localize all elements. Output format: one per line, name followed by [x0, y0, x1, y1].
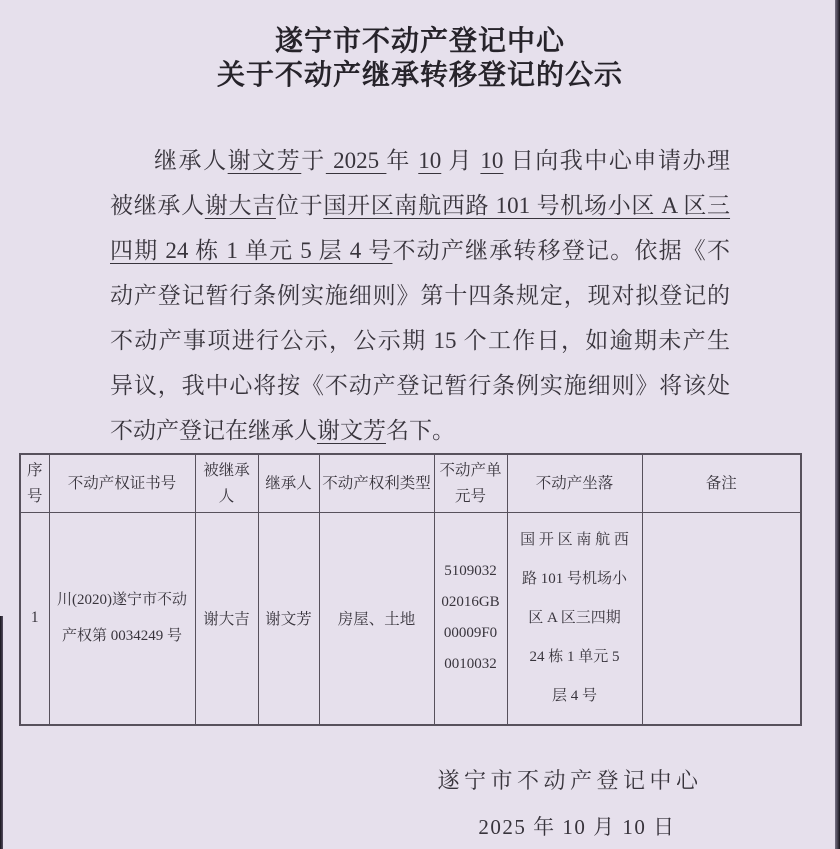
signature-date: 2025 年 10 月 10 日 [304, 811, 840, 841]
underlined-day: 10 [480, 148, 503, 173]
header-location: 不动产坐落 [507, 454, 642, 513]
cell-certificate-number: 川(2020)遂宁市不动 产权第 0034249 号 [49, 513, 195, 725]
header-right-type: 不动产权利类型 [319, 454, 434, 513]
underlined-decedent-name: 谢大吉 [205, 193, 276, 218]
body-line-6: 异议，我中心将按《不动产登记暂行条例实施细则》将该处 [110, 363, 730, 408]
underlined-heir-name: 谢文芳 [317, 418, 386, 443]
underlined-address: 国开区南航西路 101 号机场小区 A 区三 [323, 193, 730, 218]
header-unit-number: 不动产单 元号 [434, 454, 507, 513]
underlined-year: 2025 [326, 148, 387, 173]
cell-serial-number: 1 [20, 513, 49, 725]
cell-right-type: 房屋、土地 [319, 513, 434, 725]
header-remarks: 备注 [642, 454, 801, 513]
registration-table: 序 号 不动产权证书号 被继承人 继承人 不动产权利类型 不动产单 元号 不动产… [19, 453, 802, 726]
underlined-address-continued: 四期 24 栋 1 单元 5 层 4 号 [110, 238, 392, 263]
text-segment: 位于 [276, 193, 323, 218]
text-segment: 日向我中心申请办理 [503, 148, 730, 173]
title-line-subject: 关于不动产继承转移登记的公示 [0, 58, 840, 92]
scan-edge-right [835, 0, 840, 849]
body-line-2: 被继承人谢大吉位于国开区南航西路 101 号机场小区 A 区三 [110, 183, 730, 228]
table-row: 1 川(2020)遂宁市不动 产权第 0034249 号 谢大吉 谢文芳 房屋、… [20, 513, 801, 725]
signature-org-name: 遂宁市不动产登记中心 [290, 764, 840, 795]
underlined-heir-name: 谢文芳 [228, 148, 302, 173]
cell-heir: 谢文芳 [258, 513, 319, 725]
cell-unit-number: 5109032 02016GB 00009F0 0010032 [434, 513, 507, 725]
document-title: 遂宁市不动产登记中心 关于不动产继承转移登记的公示 [0, 0, 840, 92]
notice-body: 继承人谢文芳于 2025 年 10 月 10 日向我中心申请办理 被继承人谢大吉… [110, 138, 730, 453]
signature-block: 遂宁市不动产登记中心 2025 年 10 月 10 日 [290, 764, 840, 841]
cell-location: 国 开 区 南 航 西 路 101 号机场小 区 A 区三四期 24 栋 1 单… [507, 513, 642, 725]
header-heir: 继承人 [258, 454, 319, 513]
body-line-4: 动产登记暂行条例实施细则》第十四条规定，现对拟登记的 [110, 273, 730, 318]
text-segment: 于 [301, 148, 326, 173]
text-segment: 不动产登记在继承人 [110, 418, 317, 443]
body-line-3: 四期 24 栋 1 单元 5 层 4 号不动产继承转移登记。依据《不 [110, 228, 730, 273]
body-line-5: 不动产事项进行公示，公示期 15 个工作日，如逾期未产生 [110, 318, 730, 363]
table-header-row: 序 号 不动产权证书号 被继承人 继承人 不动产权利类型 不动产单 元号 不动产… [20, 454, 801, 513]
header-certificate-number: 不动产权证书号 [49, 454, 195, 513]
text-segment: 继承人 [154, 148, 228, 173]
underlined-month: 10 [418, 148, 441, 173]
text-segment: 被继承人 [110, 193, 205, 218]
header-serial-number: 序 号 [20, 454, 49, 513]
text-segment: 年 [386, 148, 418, 173]
title-line-org: 遂宁市不动产登记中心 [0, 24, 840, 58]
body-line-7: 不动产登记在继承人谢文芳名下。 [110, 408, 730, 453]
notice-document-page: 遂宁市不动产登记中心 关于不动产继承转移登记的公示 继承人谢文芳于 2025 年… [0, 0, 840, 849]
scan-edge-left [0, 616, 3, 849]
cell-remarks [642, 513, 801, 725]
text-segment: 不动产继承转移登记。依据《不 [392, 238, 730, 263]
text-segment: 月 [441, 148, 480, 173]
text-segment: 名下。 [386, 418, 455, 443]
header-decedent: 被继承人 [195, 454, 258, 513]
cell-decedent: 谢大吉 [195, 513, 258, 725]
body-line-1: 继承人谢文芳于 2025 年 10 月 10 日向我中心申请办理 [110, 138, 730, 183]
